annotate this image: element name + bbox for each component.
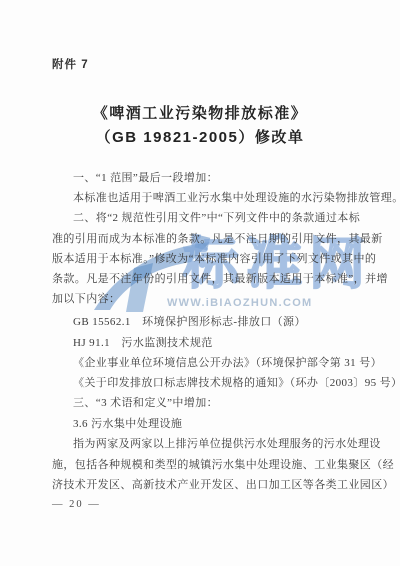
title-block: 《啤酒工业污染物排放标准》 （GB 19821-2005）修改单 <box>0 102 400 150</box>
document-page: 标准网 WWW.iBIAOZHUN.COM 附件 7 《啤酒工业污染物排放标准》… <box>0 0 400 566</box>
document-line: 《企业事业单位环境信息公开办法》（环境保护部令第 31 号） <box>52 353 356 373</box>
document-line: 一、“1 范围”最后一段增加： <box>52 168 356 188</box>
document-line: 指为两家及两家以上排污单位提供污水处理服务的污水处理设 <box>52 434 356 454</box>
document-line: 条款。凡是不注年份的引用文件，其最新版本适用于本标准”，并增 <box>52 269 356 289</box>
document-line: 加以下内容： <box>52 289 356 309</box>
attachment-label: 附件 7 <box>52 56 89 72</box>
document-title-line2: （GB 19821-2005）修改单 <box>0 126 400 150</box>
document-line: 施，包括各种规模和类型的城镇污水集中处理设施、工业集聚区（经 <box>52 455 356 475</box>
document-line: 准的引用而成为本标准的条款。凡是不注日期的引用文件，其最新 <box>52 229 356 249</box>
document-line: 本标准也适用于啤酒工业污水集中处理设施的水污染物排放管理。 <box>52 188 356 208</box>
document-line: 《关于印发排放口标志牌技术规格的通知》（环办〔2003〕95 号） <box>52 373 356 393</box>
document-line: 版本适用于本标准。”修改为“本标准内容引用了下列文件或其中的 <box>52 249 356 269</box>
document-line: 三、“3 术语和定义”中增加： <box>52 393 356 413</box>
document-line: 3.6 污水集中处理设施 <box>52 414 356 434</box>
document-line: 二、将“2 规范性引用文件”中“下列文件中的条款通过本标 <box>52 208 356 228</box>
document-content: 附件 7 《啤酒工业污染物排放标准》 （GB 19821-2005）修改单 一、… <box>0 0 400 566</box>
document-title-line1: 《啤酒工业污染物排放标准》 <box>0 102 400 126</box>
page-number: — 20 — <box>52 499 101 510</box>
document-body: 一、“1 范围”最后一段增加：本标准也适用于啤酒工业污水集中处理设施的水污染物排… <box>52 168 356 495</box>
document-line: 济技术开发区、高新技术产业开发区、出口加工区等各类工业园区） <box>52 475 356 495</box>
document-line: GB 15562.1 环境保护图形标志-排放口（源） <box>52 312 356 332</box>
document-line: HJ 91.1 污水监测技术规范 <box>52 333 356 353</box>
